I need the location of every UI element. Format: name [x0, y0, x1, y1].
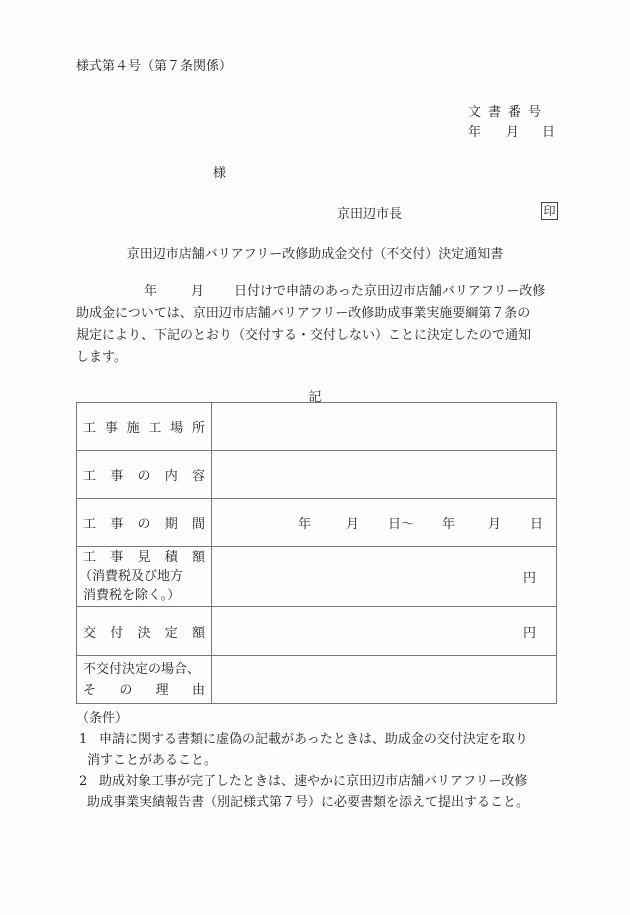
seal-mark: 印 — [541, 202, 558, 220]
label-estimated-cost: 工事見積額 （消費税及び地方 消費税を除く。） — [77, 547, 212, 607]
table-row: 工事の期間 年月日～年月日 — [77, 499, 557, 547]
construction-content-field[interactable] — [212, 451, 557, 499]
estimated-cost-field[interactable]: 円 — [212, 547, 557, 607]
details-table: 工事施工場所 工事の内容 工事の期間 年月日～年月日 工事見積額 （消費税及び地… — [76, 402, 557, 704]
condition-item-1: 1 申請に関する書類に虚偽の記載があったときは、助成金の交付決定を取り 消すこと… — [79, 729, 557, 771]
table-row: 工事の内容 — [77, 451, 557, 499]
date-day: 日 — [542, 121, 555, 140]
body-line3: 規定により、下記のとおり（交付する・交付しない）ことに決定したので通知 — [76, 325, 557, 347]
issuer-name: 京田辺市長 — [337, 203, 402, 222]
label-construction-period: 工事の期間 — [77, 499, 212, 547]
conditions-heading: （条件） — [76, 708, 128, 729]
label-rejection-reason: 不交付決定の場合、 その理由 — [77, 656, 212, 704]
issue-date: 年月日 — [468, 121, 555, 140]
construction-site-field[interactable] — [212, 403, 557, 451]
label-grant-amount: 交付決定額 — [77, 607, 212, 656]
table-row: 工事見積額 （消費税及び地方 消費税を除く。） 円 — [77, 547, 557, 607]
notice-body: 年月日付けで申請のあった京田辺市店舗バリアフリー改修 助成金については、京田辺市… — [76, 281, 557, 369]
body-year: 年 — [144, 284, 157, 299]
label-construction-site: 工事施工場所 — [77, 403, 212, 451]
grant-amount-field[interactable]: 円 — [212, 607, 557, 656]
table-row: 不交付決定の場合、 その理由 — [77, 656, 557, 704]
table-row: 交付決定額 円 — [77, 607, 557, 656]
body-line4: します。 — [76, 347, 557, 369]
body-month: 月 — [191, 284, 204, 299]
form-number: 様式第４号（第７条関係） — [76, 55, 232, 74]
body-line1: 日付けで申請のあった京田辺市店舗バリアフリー改修 — [234, 284, 545, 299]
document-number-label: 文書番号 — [468, 101, 548, 120]
date-year: 年 — [468, 121, 506, 140]
body-line2: 助成金については、京田辺市店舗バリアフリー改修助成事業実施要綱第７条の — [76, 303, 557, 325]
rejection-reason-field[interactable] — [212, 656, 557, 704]
condition-item-2: 2 助成対象工事が完了したときは、速やかに京田辺市店舗バリアフリー改修 助成事業… — [79, 771, 557, 813]
addressee-suffix: 様 — [213, 162, 226, 181]
document-title: 京田辺市店舗バリアフリー改修助成金交付（不交付）決定通知書 — [0, 243, 630, 262]
table-row: 工事施工場所 — [77, 403, 557, 451]
label-construction-content: 工事の内容 — [77, 451, 212, 499]
construction-period-field[interactable]: 年月日～年月日 — [212, 499, 557, 547]
date-month: 月 — [506, 121, 542, 140]
